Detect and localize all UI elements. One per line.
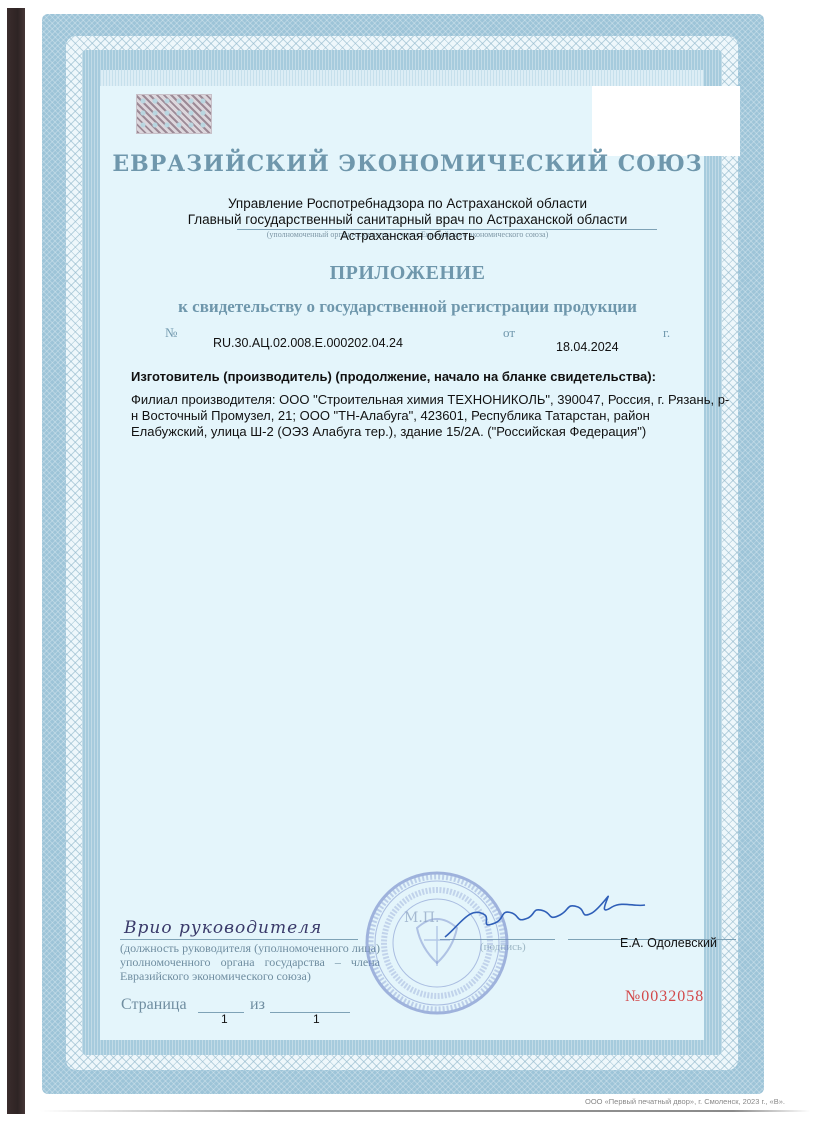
hologram-icon (136, 94, 212, 134)
union-title: ЕВРАЗИЙСКИЙ ЭКОНОМИЧЕСКИЙ СОЮЗ (0, 151, 815, 177)
manufacturer-line: Елабужский, улица Ш-2 (ОЭЗ Алабуга тер.)… (131, 424, 771, 440)
blank-patch (592, 86, 740, 156)
position-underline (120, 939, 358, 940)
certificate-date: 18.04.2024 (556, 340, 619, 354)
manufacturer-line: н Восточный Промузел, 21; ООО "ТН-Алабуг… (131, 408, 771, 424)
authority-line-1: Управление Роспотребнадзора по Астраханс… (0, 196, 815, 211)
page-number: 1 (221, 1012, 228, 1026)
printer-note: ООО «Первый печатный двор», г. Смоленск,… (585, 1097, 785, 1106)
manufacturer-details: Филиал производителя: ООО "Строительная … (131, 392, 771, 440)
scan-bottom-edge (40, 1110, 810, 1112)
page-total: 1 (313, 1012, 320, 1026)
position-caption: (должность руководителя (уполномоченного… (120, 941, 380, 983)
manufacturer-line: Филиал производителя: ООО "Строительная … (131, 392, 771, 408)
serial-number: №0032058 (625, 988, 704, 1006)
from-label: от (503, 325, 515, 341)
svg-text:М.П.: М.П. (404, 910, 439, 926)
page-label: Страница (121, 996, 187, 1014)
of-label: из (250, 996, 265, 1014)
number-label: № (165, 325, 177, 341)
page-total-underline (270, 1012, 350, 1013)
year-label: г. (663, 325, 670, 341)
appendix-title: ПРИЛОЖЕНИЕ (0, 262, 815, 285)
manufacturer-heading: Изготовитель (производитель) (продолжени… (131, 369, 656, 384)
appendix-subtitle: к свидетельству о государственной регист… (0, 297, 815, 317)
certificate-number: RU.30.АЦ.02.008.Е.000202.04.24 (213, 336, 403, 350)
region: Астраханская область (0, 228, 815, 243)
signature-icon (440, 885, 650, 945)
authority-line-2: Главный государственный санитарный врач … (0, 212, 815, 227)
position-handwritten: Врио руководителя (124, 918, 322, 938)
